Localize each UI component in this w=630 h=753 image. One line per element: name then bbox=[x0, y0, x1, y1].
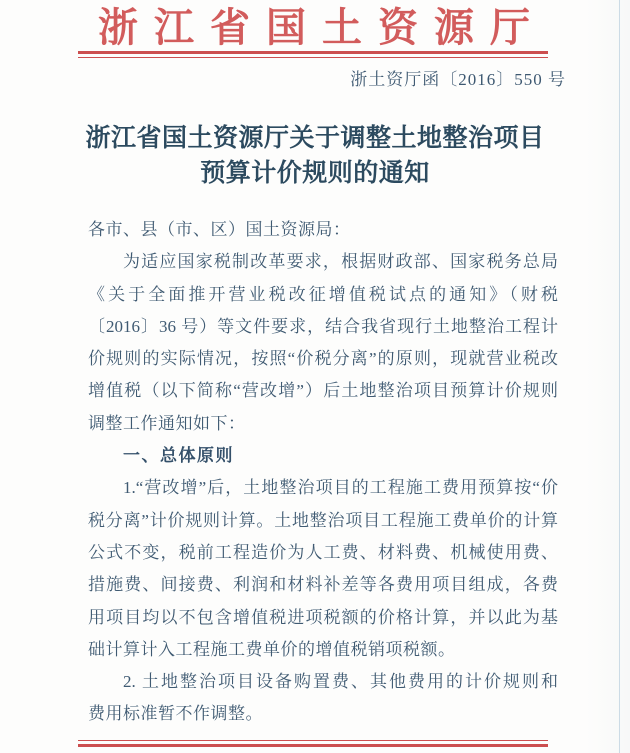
body-line: 〔2016〕36 号）等文件要求，结合我省现行土地整治工程计 bbox=[88, 311, 558, 343]
document-number: 浙土资厅函〔2016〕550 号 bbox=[350, 66, 566, 94]
body-line: 为适应国家税制改革要求，根据财政部、国家税务总局 bbox=[88, 246, 558, 278]
body-line: 用项目均以不包含增值税进项税额的价格计算，并以此为基 bbox=[88, 602, 558, 634]
document-page: 浙江省国土资源厅 浙土资厅函〔2016〕550 号 浙江省国土资源厅关于调整土地… bbox=[0, 0, 630, 753]
document-title-line-1: 浙江省国土资源厅关于调整土地整治项目 bbox=[0, 121, 630, 156]
body-line: 2. 土地整治项目设备购置费、其他费用的计价规则和 bbox=[88, 666, 558, 698]
body-line: 调整工作通知如下： bbox=[88, 408, 558, 440]
letterhead-divider-thin-line bbox=[78, 57, 548, 58]
body-line: 措施费、间接费、利润和材料补差等各费用项目组成，各费 bbox=[88, 569, 558, 601]
body-line: 费用标准暂不作调整。 bbox=[88, 698, 558, 730]
section-heading: 一、总体原则 bbox=[88, 440, 558, 472]
footer-divider bbox=[78, 740, 548, 747]
body-line: 增值税（以下简称“营改增”）后土地整治项目预算计价规则 bbox=[88, 375, 558, 407]
body-line: 础计算计入工程施工费单价的增值税销项税额。 bbox=[88, 634, 558, 666]
footer-divider-thick-line bbox=[78, 744, 548, 747]
letterhead-agency-name: 浙江省国土资源厅 bbox=[0, 4, 630, 52]
body-line: 1.“营改增”后，土地整治项目的工程施工费用预算按“价 bbox=[88, 472, 558, 504]
scan-edge-artifact bbox=[619, 0, 620, 753]
document-title-line-2: 预算计价规则的通知 bbox=[0, 156, 630, 191]
body-line: 税分离”计价规则计算。土地整治项目工程施工费单价的计算 bbox=[88, 505, 558, 537]
body-line: 《关于全面推开营业税改征增值税试点的通知》（财税 bbox=[88, 279, 558, 311]
body-line: 各市、县（市、区）国土资源局： bbox=[88, 214, 558, 246]
document-body: 各市、县（市、区）国土资源局：为适应国家税制改革要求，根据财政部、国家税务总局《… bbox=[88, 214, 558, 731]
letterhead-divider bbox=[78, 51, 548, 58]
body-line: 价规则的实际情况，按照“价税分离”的原则，现就营业税改 bbox=[88, 343, 558, 375]
document-title: 浙江省国土资源厅关于调整土地整治项目 预算计价规则的通知 bbox=[0, 121, 630, 191]
body-line: 公式不变，税前工程造价为人工费、材料费、机械使用费、 bbox=[88, 537, 558, 569]
